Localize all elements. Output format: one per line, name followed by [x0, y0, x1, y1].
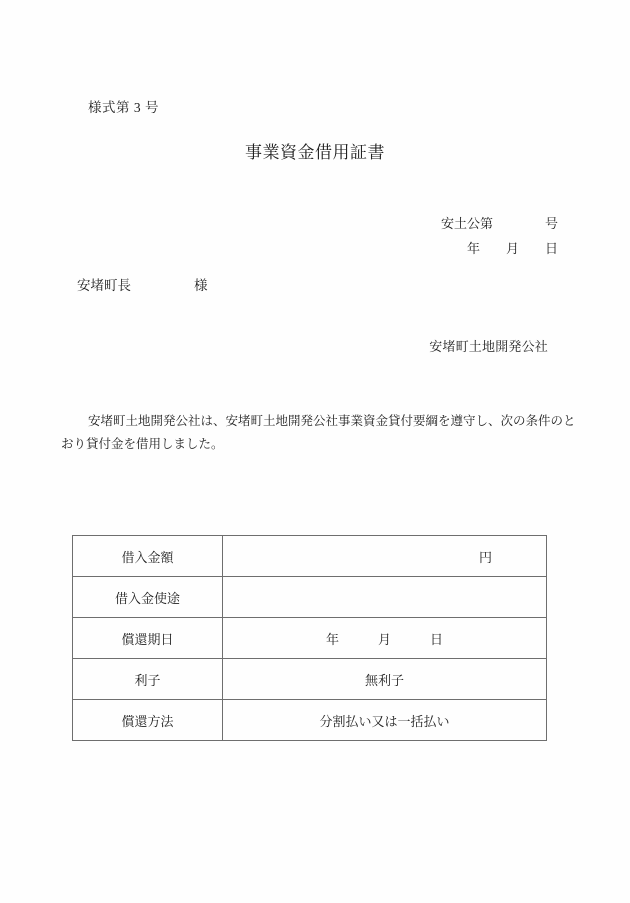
cell-label-borrowed-amount: 借入金額 — [73, 536, 223, 577]
doc-number-line: 安土公第 号 — [441, 212, 558, 237]
honorific-label: 様 — [194, 274, 208, 294]
loan-conditions-table: 借入金額 円 借入金使途 償還期日 年 月 日 利子 無利子 償還方法 分割払い… — [72, 535, 547, 741]
cell-label-repayment-date: 償還期日 — [73, 618, 223, 659]
cell-value-repayment-date: 年 月 日 — [223, 618, 547, 659]
table-row-repayment-method: 償還方法 分割払い又は一括払い — [73, 700, 547, 741]
cell-value-loan-purpose — [223, 577, 547, 618]
cell-label-interest: 利子 — [73, 659, 223, 700]
date-line: 年 月 日 — [441, 237, 558, 262]
cell-value-borrowed-amount: 円 — [223, 536, 547, 577]
table-row-loan-purpose: 借入金使途 — [73, 577, 547, 618]
recipient-name: 安堵町長 — [77, 278, 131, 293]
cell-label-loan-purpose: 借入金使途 — [73, 577, 223, 618]
body-paragraph: 安堵町土地開発公社は、安堵町土地開発公社事業資金貸付要綱を遵守し、次の条件のと … — [61, 410, 581, 456]
cell-label-repayment-method: 償還方法 — [73, 700, 223, 741]
page-title: 事業資金借用証書 — [0, 138, 630, 163]
body-paragraph-line2: おり貸付金を借用しました。 — [61, 433, 581, 456]
table-row-repayment-date: 償還期日 年 月 日 — [73, 618, 547, 659]
form-number: 様式第 3 号 — [88, 96, 159, 116]
table-row-interest: 利子 無利子 — [73, 659, 547, 700]
cell-value-repayment-method: 分割払い又は一括払い — [223, 700, 547, 741]
issuer-name: 安堵町土地開発公社 — [429, 336, 548, 355]
document-page: 様式第 3 号 事業資金借用証書 安土公第 号 年 月 日 安堵町長様 安堵町土… — [0, 0, 630, 903]
table-row-borrowed-amount: 借入金額 円 — [73, 536, 547, 577]
recipient-line: 安堵町長様 — [77, 274, 208, 294]
cell-value-interest: 無利子 — [223, 659, 547, 700]
doc-number-block: 安土公第 号 年 月 日 — [441, 212, 558, 261]
body-paragraph-line1: 安堵町土地開発公社は、安堵町土地開発公社事業資金貸付要綱を遵守し、次の条件のと — [61, 410, 581, 433]
